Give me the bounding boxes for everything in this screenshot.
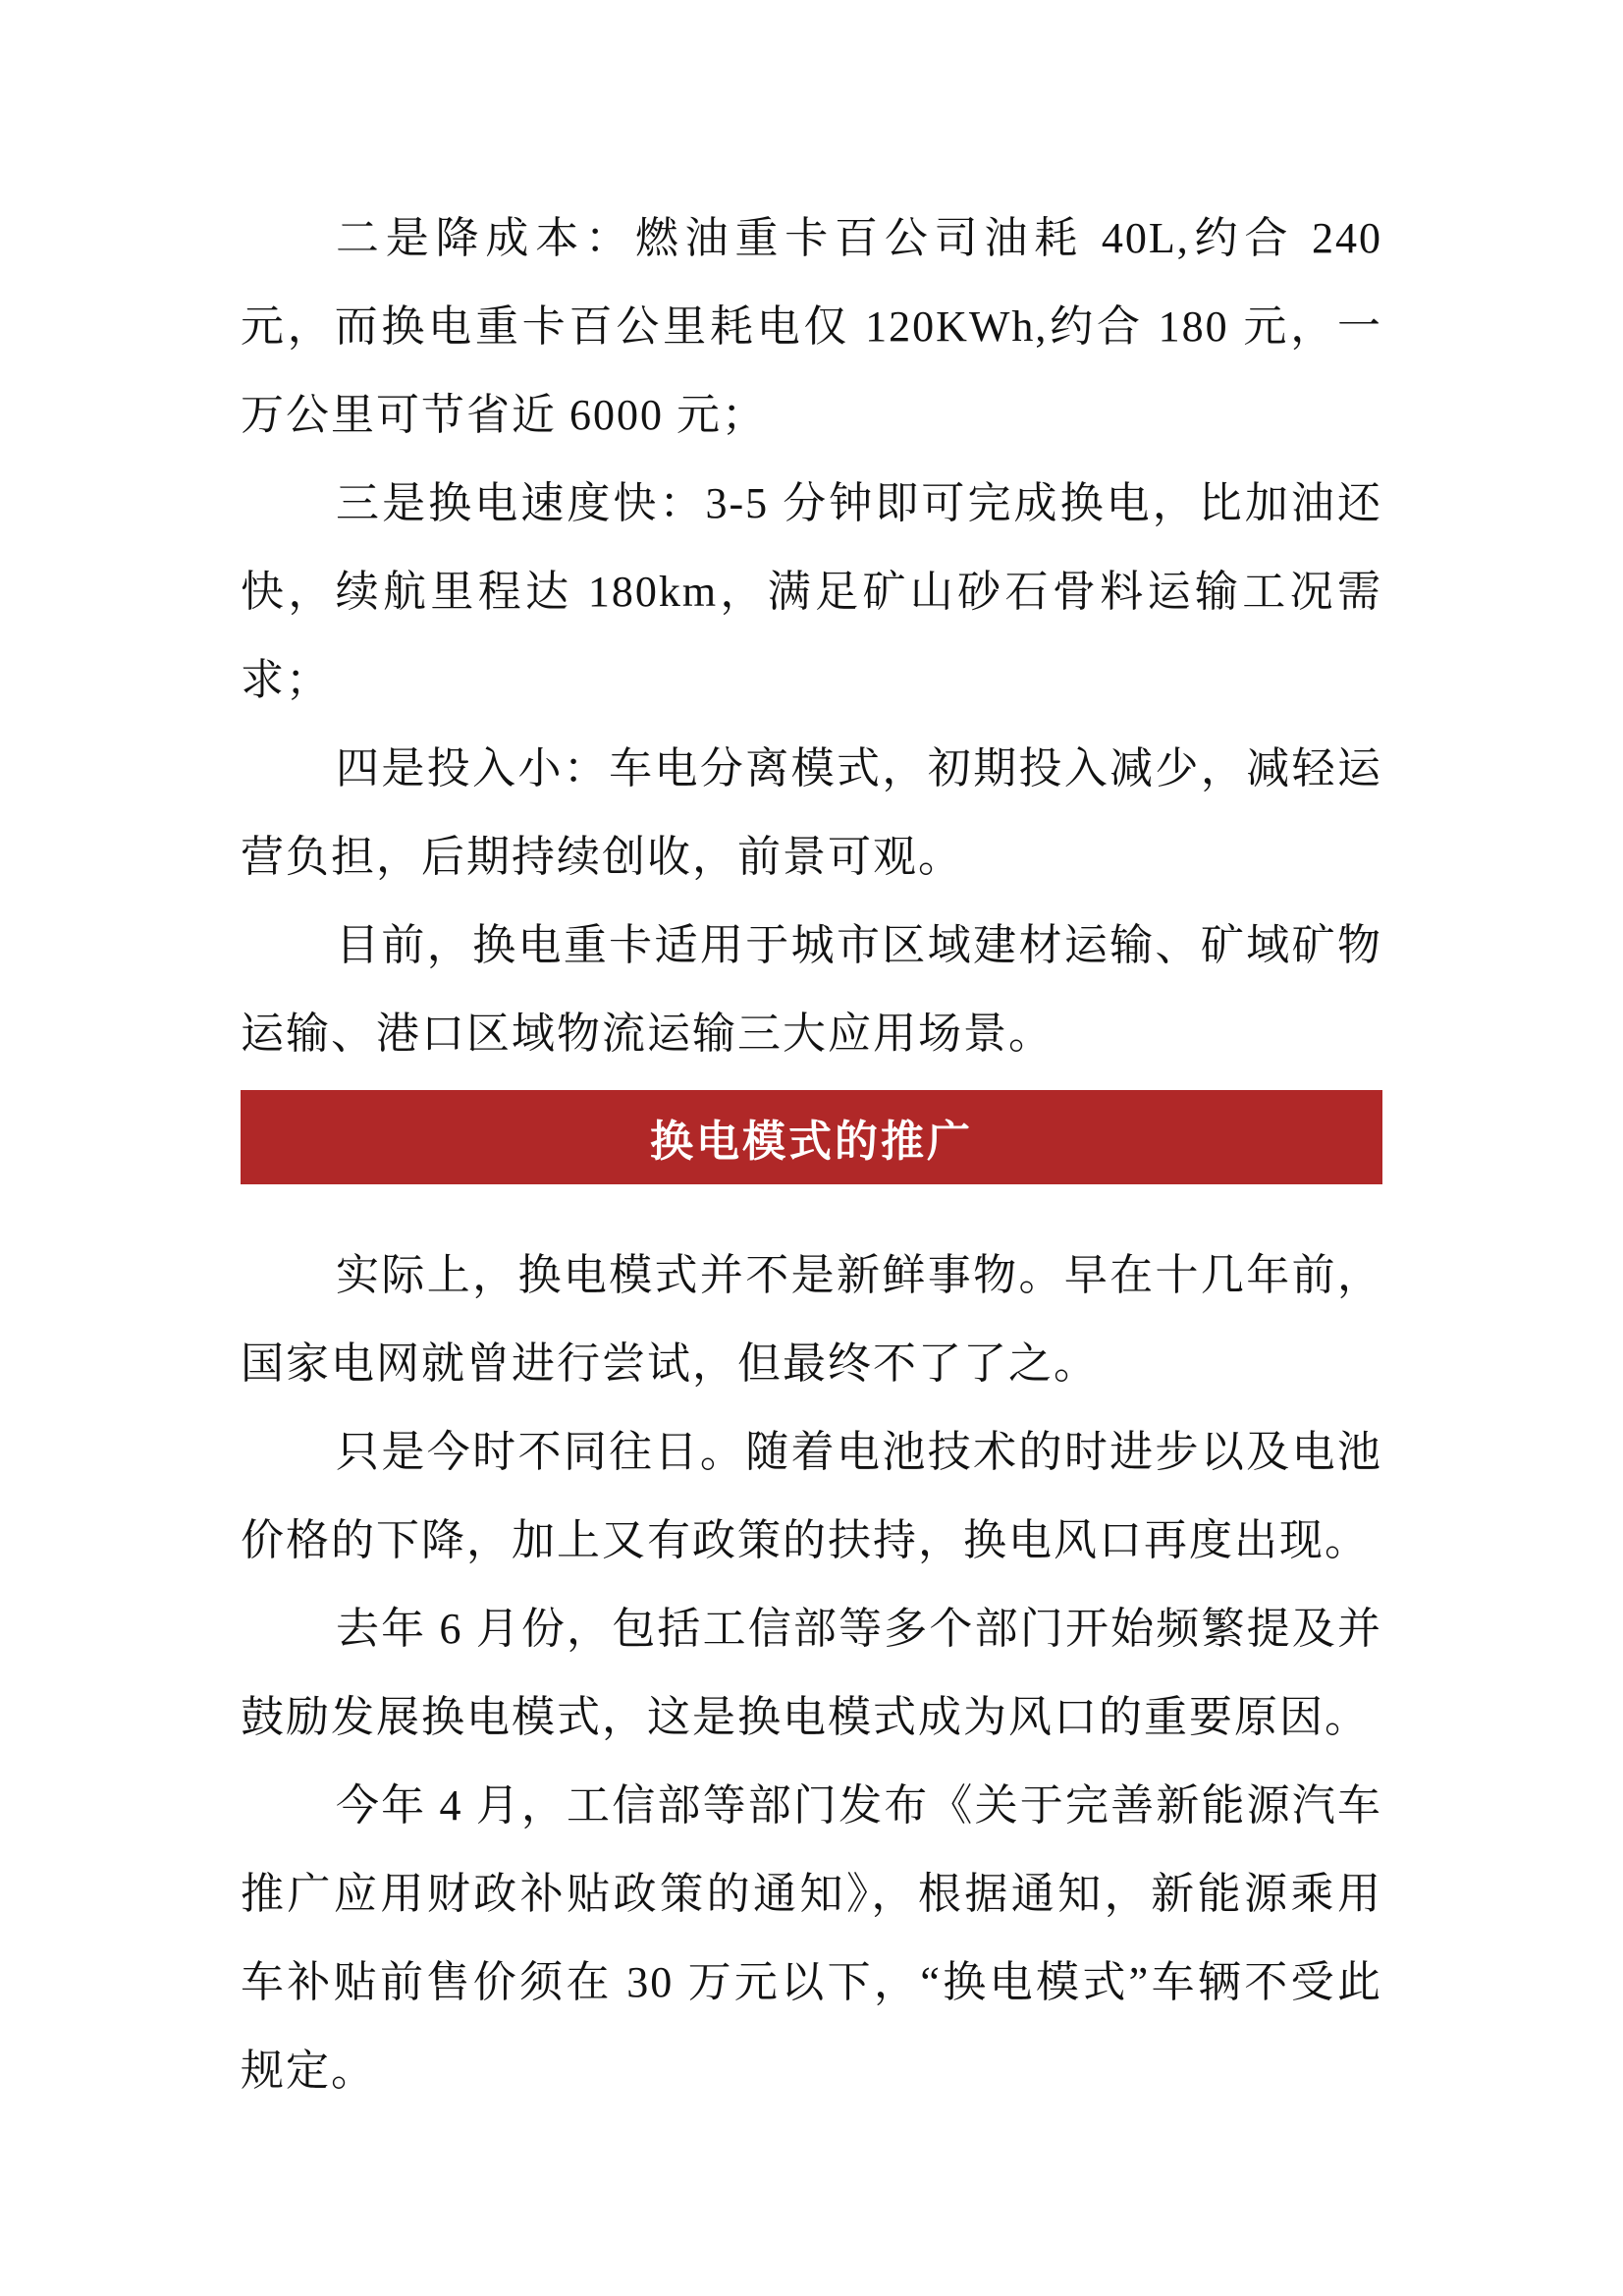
paragraph-not-new: 实际上，换电模式并不是新鲜事物。早在十几年前，国家电网就曾进行尝试，但最终不了了… (241, 1231, 1382, 1408)
document-content: 二是降成本：燃油重卡百公司油耗 40L,约合 240 元，而换电重卡百公里耗电仅… (241, 194, 1382, 2115)
paragraph-low-investment: 四是投入小：车电分离模式，初期投入减少，减轻运营负担，后期持续创收，前景可观。 (241, 725, 1382, 902)
section-heading-banner: 换电模式的推广 (241, 1090, 1382, 1184)
paragraph-cost-reduction: 二是降成本：燃油重卡百公司油耗 40L,约合 240 元，而换电重卡百公里耗电仅… (241, 194, 1382, 460)
document-page: 二是降成本：燃油重卡百公司油耗 40L,约合 240 元，而换电重卡百公里耗电仅… (0, 0, 1623, 2296)
paragraph-swap-speed: 三是换电速度快：3-5 分钟即可完成换电，比加油还快，续航里程达 180km，满… (241, 460, 1382, 725)
paragraph-ministry-mentions: 去年 6 月份，包括工信部等多个部门开始频繁提及并鼓励发展换电模式，这是换电模式… (241, 1585, 1382, 1762)
paragraph-application-scenarios: 目前，换电重卡适用于城市区域建材运输、矿域矿物运输、港口区域物流运输三大应用场景… (241, 902, 1382, 1078)
paragraph-times-changed: 只是今时不同往日。随着电池技术的时进步以及电池价格的下降，加上又有政策的扶持，换… (241, 1408, 1382, 1585)
paragraph-subsidy-policy: 今年 4 月，工信部等部门发布《关于完善新能源汽车推广应用财政补贴政策的通知》，… (241, 1762, 1382, 2115)
section-heading-text: 换电模式的推广 (650, 1106, 973, 1169)
